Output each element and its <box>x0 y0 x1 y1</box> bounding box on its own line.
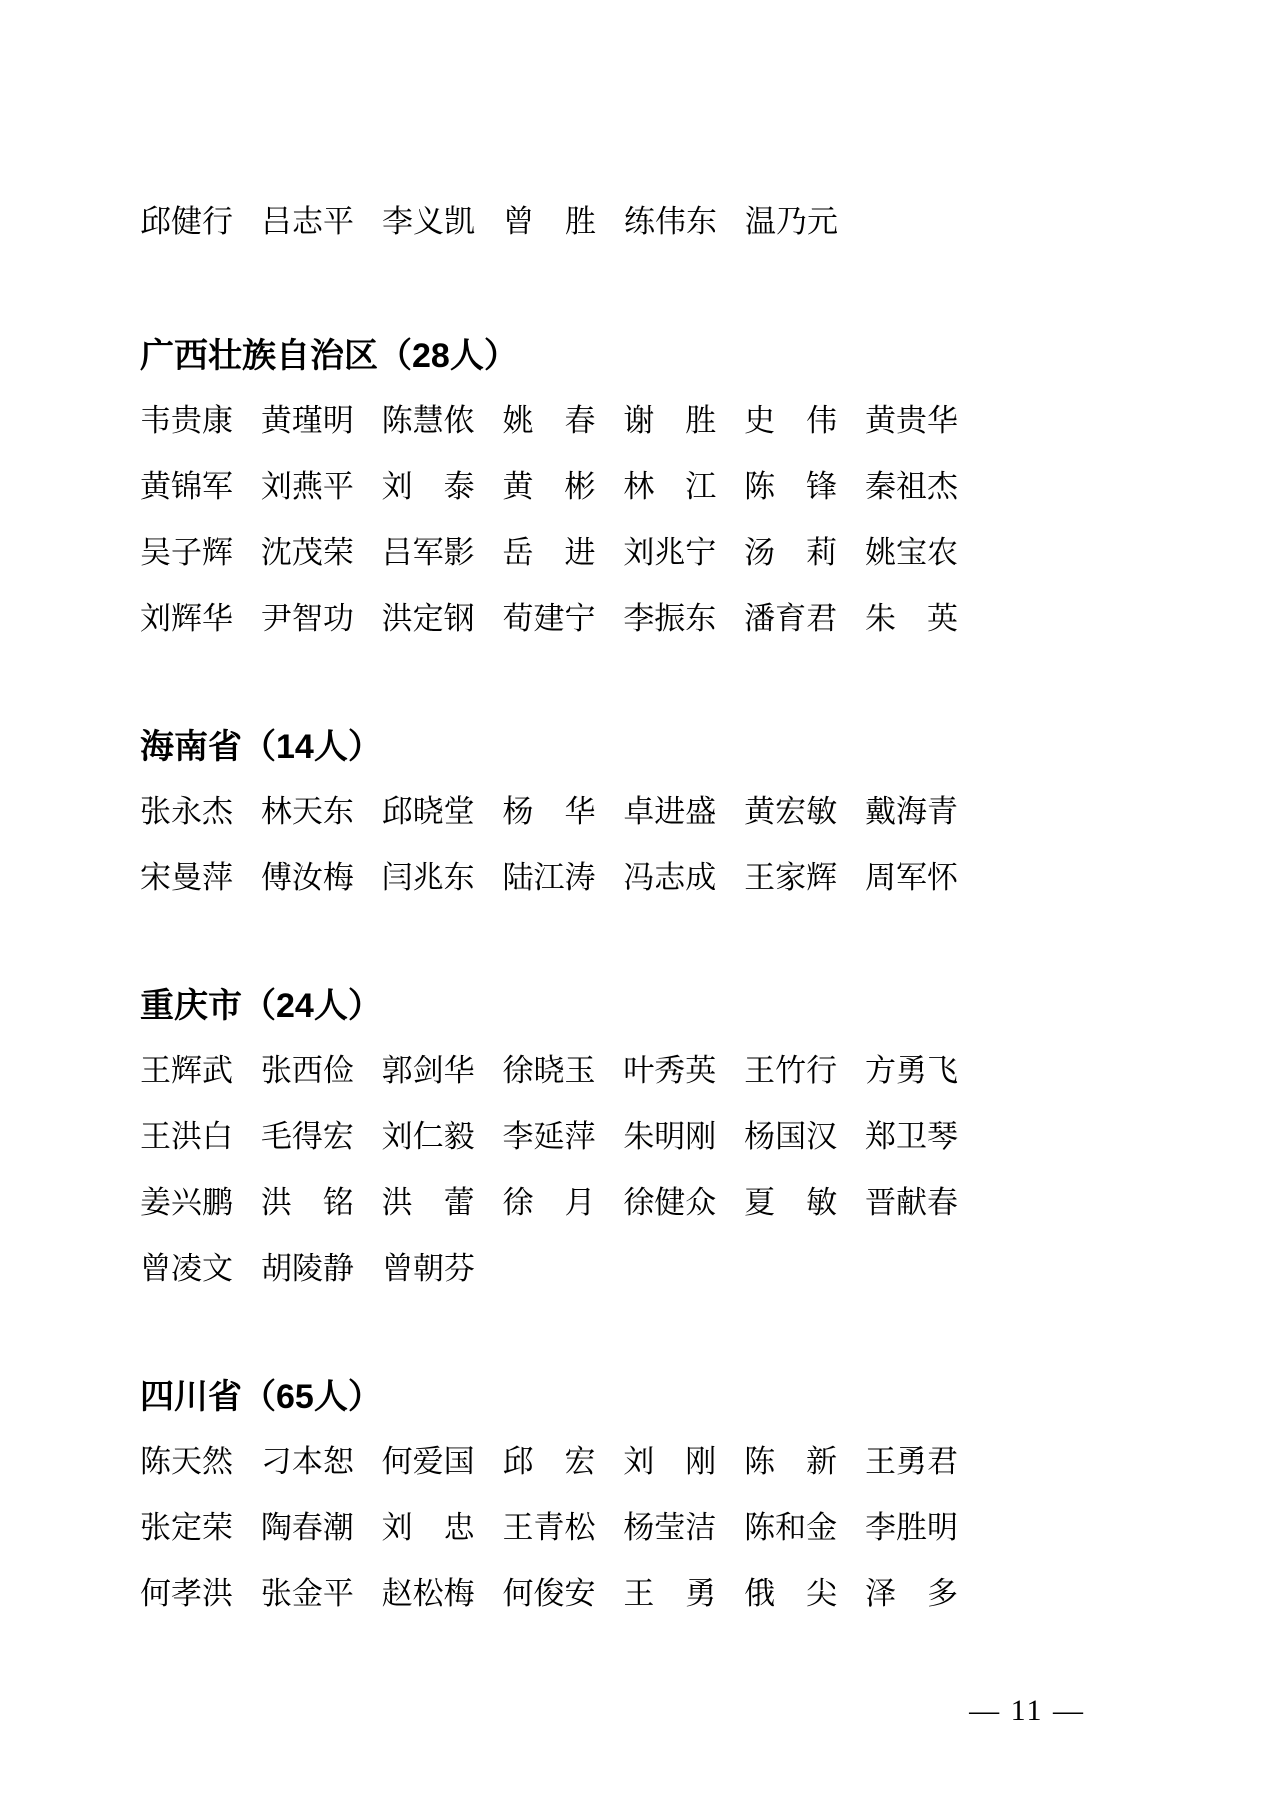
person-name: 黄宏敏 <box>744 795 837 828</box>
person-name: 郑卫琴 <box>865 1120 958 1153</box>
person-name: 毛得宏 <box>261 1120 354 1153</box>
person-name: 陈慧侬 <box>382 404 475 437</box>
person-name: 王青松 <box>502 1511 595 1544</box>
person-name: 吕军影 <box>382 536 475 569</box>
person-name: 张西俭 <box>261 1054 354 1087</box>
person-name: 潘育君 <box>744 602 837 635</box>
person-name: 陈和金 <box>744 1511 837 1544</box>
person-name: 岳 进 <box>502 536 595 569</box>
person-name: 刘仁毅 <box>382 1120 475 1153</box>
person-name: 史 伟 <box>744 404 837 437</box>
names-row: 吴子辉沈茂荣吕军影岳 进刘兆宁汤 莉姚宝农 <box>140 536 958 569</box>
person-name: 黄瑾明 <box>261 404 354 437</box>
person-name: 黄锦军 <box>140 470 233 503</box>
person-name: 杨 华 <box>502 795 595 828</box>
person-name: 徐健众 <box>623 1186 716 1219</box>
person-name: 张定荣 <box>140 1511 233 1544</box>
person-name: 陈 新 <box>744 1445 837 1478</box>
person-name: 黄 彬 <box>502 470 595 503</box>
person-name: 张金平 <box>261 1577 354 1610</box>
person-name: 闫兆东 <box>382 861 475 894</box>
person-name: 汤 莉 <box>744 536 837 569</box>
person-name: 黄贵华 <box>865 404 958 437</box>
person-name: 李延萍 <box>502 1120 595 1153</box>
person-name: 吴子辉 <box>140 536 233 569</box>
person-name: 尹智功 <box>261 602 354 635</box>
person-name: 姚宝农 <box>865 536 958 569</box>
person-name: 洪 铭 <box>261 1186 354 1219</box>
person-name: 郭剑华 <box>382 1054 475 1087</box>
person-name: 邱健行 <box>140 205 233 238</box>
person-name: 荀建宁 <box>502 602 595 635</box>
names-row: 何孝洪张金平赵松梅何俊安王 勇俄 尖泽 多 <box>140 1577 958 1610</box>
person-name: 洪定钢 <box>382 602 475 635</box>
person-name: 王竹行 <box>744 1054 837 1087</box>
person-name: 刘燕平 <box>261 470 354 503</box>
names-row: 姜兴鹏洪 铭洪 蕾徐 月徐健众夏 敏晋献春 <box>140 1186 958 1219</box>
person-name: 刘 刚 <box>623 1445 716 1478</box>
person-name: 姚 春 <box>502 404 595 437</box>
person-name: 李胜明 <box>865 1511 958 1544</box>
person-name: 宋曼萍 <box>140 861 233 894</box>
person-name: 陈天然 <box>140 1445 233 1478</box>
person-name: 曾 胜 <box>503 205 596 238</box>
person-name: 温乃元 <box>745 205 838 238</box>
person-name: 周军怀 <box>865 861 958 894</box>
section-heading: 重庆市（24人） <box>140 988 958 1024</box>
person-name: 王勇君 <box>865 1445 958 1478</box>
person-name: 方勇飞 <box>865 1054 958 1087</box>
names-row: 张永杰林天东邱晓堂杨 华卓进盛黄宏敏戴海青 <box>140 795 958 828</box>
person-name: 夏 敏 <box>744 1186 837 1219</box>
person-name: 徐 月 <box>502 1186 595 1219</box>
person-name: 杨国汉 <box>744 1120 837 1153</box>
person-name: 何俊安 <box>502 1577 595 1610</box>
person-name: 叶秀英 <box>623 1054 716 1087</box>
section-heading: 四川省（65人） <box>140 1379 958 1415</box>
document-content: 邱健行吕志平李义凯曾 胜练伟东温乃元 广西壮族自治区（28人）韦贵康黄瑾明陈慧侬… <box>140 0 958 1610</box>
person-name: 洪 蕾 <box>382 1186 475 1219</box>
person-name: 曾朝芬 <box>382 1252 475 1285</box>
section-heading: 广西壮族自治区（28人） <box>140 338 958 374</box>
document-page: 邱健行吕志平李义凯曾 胜练伟东温乃元 广西壮族自治区（28人）韦贵康黄瑾明陈慧侬… <box>0 0 1280 1810</box>
sections-container: 广西壮族自治区（28人）韦贵康黄瑾明陈慧侬姚 春谢 胜史 伟黄贵华黄锦军刘燕平刘… <box>140 338 958 1610</box>
person-name: 王洪白 <box>140 1120 233 1153</box>
person-name: 王 勇 <box>623 1577 716 1610</box>
person-name: 晋献春 <box>865 1186 958 1219</box>
person-name: 胡陵静 <box>261 1252 354 1285</box>
names-row: 曾凌文胡陵静曾朝芬 <box>140 1252 958 1285</box>
person-name: 林 江 <box>623 470 716 503</box>
person-name: 曾凌文 <box>140 1252 233 1285</box>
person-name: 韦贵康 <box>140 404 233 437</box>
names-row: 张定荣陶春潮刘 忠王青松杨莹洁陈和金李胜明 <box>140 1511 958 1544</box>
names-row: 王洪白毛得宏刘仁毅李延萍朱明刚杨国汉郑卫琴 <box>140 1120 958 1153</box>
names-row: 黄锦军刘燕平刘 泰黄 彬林 江陈 锋秦祖杰 <box>140 470 958 503</box>
person-name: 陆江涛 <box>502 861 595 894</box>
person-name: 沈茂荣 <box>261 536 354 569</box>
person-name: 俄 尖 <box>744 1577 837 1610</box>
person-name: 李振东 <box>623 602 716 635</box>
continued-names-row: 邱健行吕志平李义凯曾 胜练伟东温乃元 <box>140 205 958 238</box>
names-row: 王辉武张西俭郭剑华徐晓玉叶秀英王竹行方勇飞 <box>140 1054 958 1087</box>
person-name: 姜兴鹏 <box>140 1186 233 1219</box>
person-name: 刘辉华 <box>140 602 233 635</box>
person-name: 何爱国 <box>382 1445 475 1478</box>
person-name: 戴海青 <box>865 795 958 828</box>
person-name: 林天东 <box>261 795 354 828</box>
person-name: 朱明刚 <box>623 1120 716 1153</box>
person-name: 张永杰 <box>140 795 233 828</box>
person-name: 何孝洪 <box>140 1577 233 1610</box>
person-name: 陈 锋 <box>744 470 837 503</box>
person-name: 邱 宏 <box>502 1445 595 1478</box>
person-name: 赵松梅 <box>382 1577 475 1610</box>
person-name: 练伟东 <box>624 205 717 238</box>
person-name: 刁本恕 <box>261 1445 354 1478</box>
person-name: 邱晓堂 <box>382 795 475 828</box>
person-name: 秦祖杰 <box>865 470 958 503</box>
person-name: 刘兆宁 <box>623 536 716 569</box>
person-name: 吕志平 <box>261 205 354 238</box>
names-row: 韦贵康黄瑾明陈慧侬姚 春谢 胜史 伟黄贵华 <box>140 404 958 437</box>
section-heading: 海南省（14人） <box>140 729 958 765</box>
person-name: 傅汝梅 <box>261 861 354 894</box>
names-row: 刘辉华尹智功洪定钢荀建宁李振东潘育君朱 英 <box>140 602 958 635</box>
person-name: 刘 泰 <box>382 470 475 503</box>
names-row: 宋曼萍傅汝梅闫兆东陆江涛冯志成王家辉周军怀 <box>140 861 958 894</box>
page-number: — 11 — <box>969 1694 1085 1728</box>
person-name: 泽 多 <box>865 1577 958 1610</box>
person-name: 王家辉 <box>744 861 837 894</box>
person-name: 卓进盛 <box>623 795 716 828</box>
person-name: 王辉武 <box>140 1054 233 1087</box>
person-name: 刘 忠 <box>382 1511 475 1544</box>
person-name: 杨莹洁 <box>623 1511 716 1544</box>
person-name: 朱 英 <box>865 602 958 635</box>
person-name: 李义凯 <box>382 205 475 238</box>
person-name: 冯志成 <box>623 861 716 894</box>
person-name: 徐晓玉 <box>502 1054 595 1087</box>
person-name: 陶春潮 <box>261 1511 354 1544</box>
names-row: 陈天然刁本恕何爱国邱 宏刘 刚陈 新王勇君 <box>140 1445 958 1478</box>
person-name: 谢 胜 <box>623 404 716 437</box>
